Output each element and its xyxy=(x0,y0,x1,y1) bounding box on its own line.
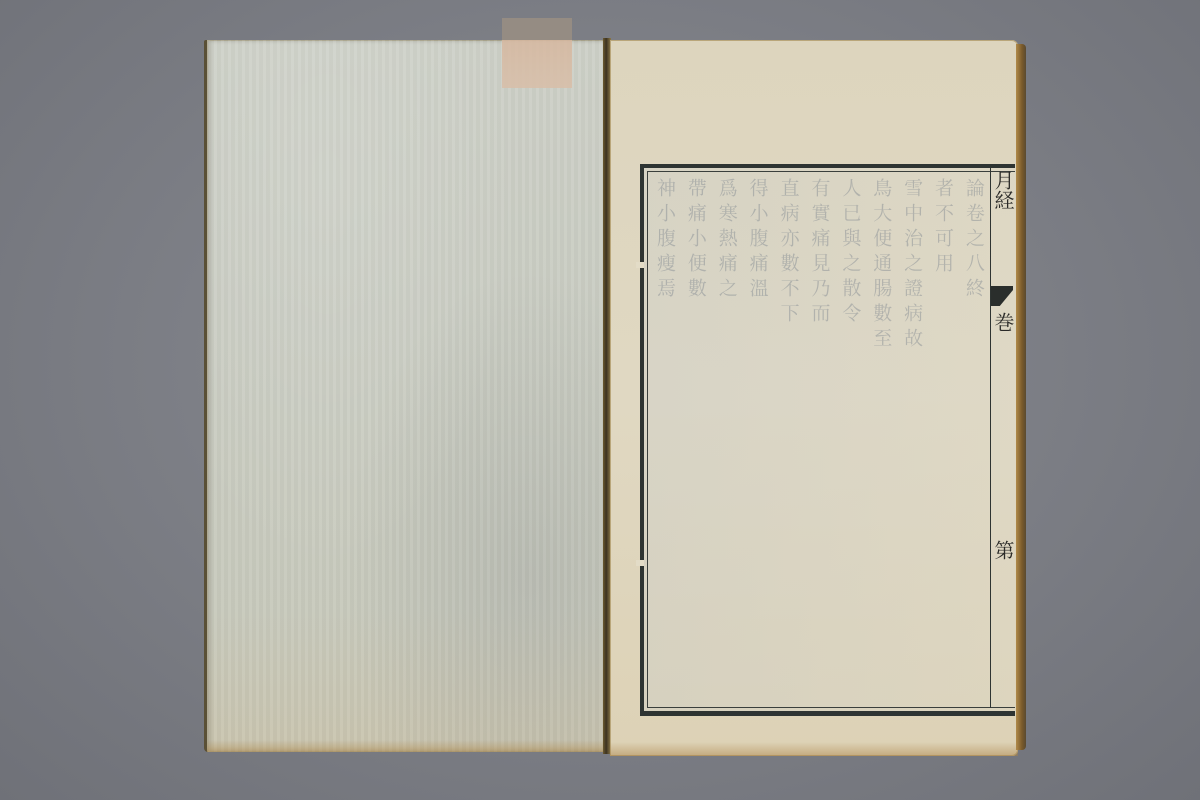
frame-notch xyxy=(636,560,644,566)
label-tab-top xyxy=(502,18,572,40)
text-column: 神小腹瘦焉 xyxy=(654,178,676,701)
page-edge-stain xyxy=(207,740,609,752)
left-page xyxy=(204,40,609,752)
paper-texture xyxy=(207,40,609,752)
text-column: 帶痛小便數 xyxy=(685,178,707,701)
text-column: 爲寒熱痛之 xyxy=(716,178,738,701)
fore-edge xyxy=(1016,44,1026,750)
open-book: 論卷之八終 者不可用 雪中治之證病故 鳥大便通腸數至 人已與之散令 有實痛見乃而… xyxy=(0,0,1200,800)
text-column: 鳥大便通腸數至 xyxy=(870,178,892,701)
text-column: 得小腹痛溫 xyxy=(747,178,769,701)
text-column: 論卷之八終 xyxy=(963,178,985,701)
hanxin-volume: 巻 xyxy=(992,312,1014,332)
frame-notch xyxy=(636,262,644,268)
show-through-text: 論卷之八終 者不可用 雪中治之證病故 鳥大便通腸數至 人已與之散令 有實痛見乃而… xyxy=(654,178,985,701)
library-label-tab xyxy=(502,18,572,88)
text-column: 人已與之散令 xyxy=(839,178,861,701)
text-column: 者不可用 xyxy=(932,178,954,701)
page-edge-stain xyxy=(610,742,1018,756)
hanxin-title: 月経 xyxy=(992,170,1014,210)
hanxin-ordinal: 第 xyxy=(992,540,1014,560)
text-column: 雪中治之證病故 xyxy=(901,178,923,701)
printed-frame: 論卷之八終 者不可用 雪中治之證病故 鳥大便通腸數至 人已與之散令 有實痛見乃而… xyxy=(640,164,1015,716)
block-center-column xyxy=(990,168,1013,708)
text-column: 有實痛見乃而 xyxy=(808,178,830,701)
text-column: 直病亦數不下 xyxy=(778,178,800,701)
